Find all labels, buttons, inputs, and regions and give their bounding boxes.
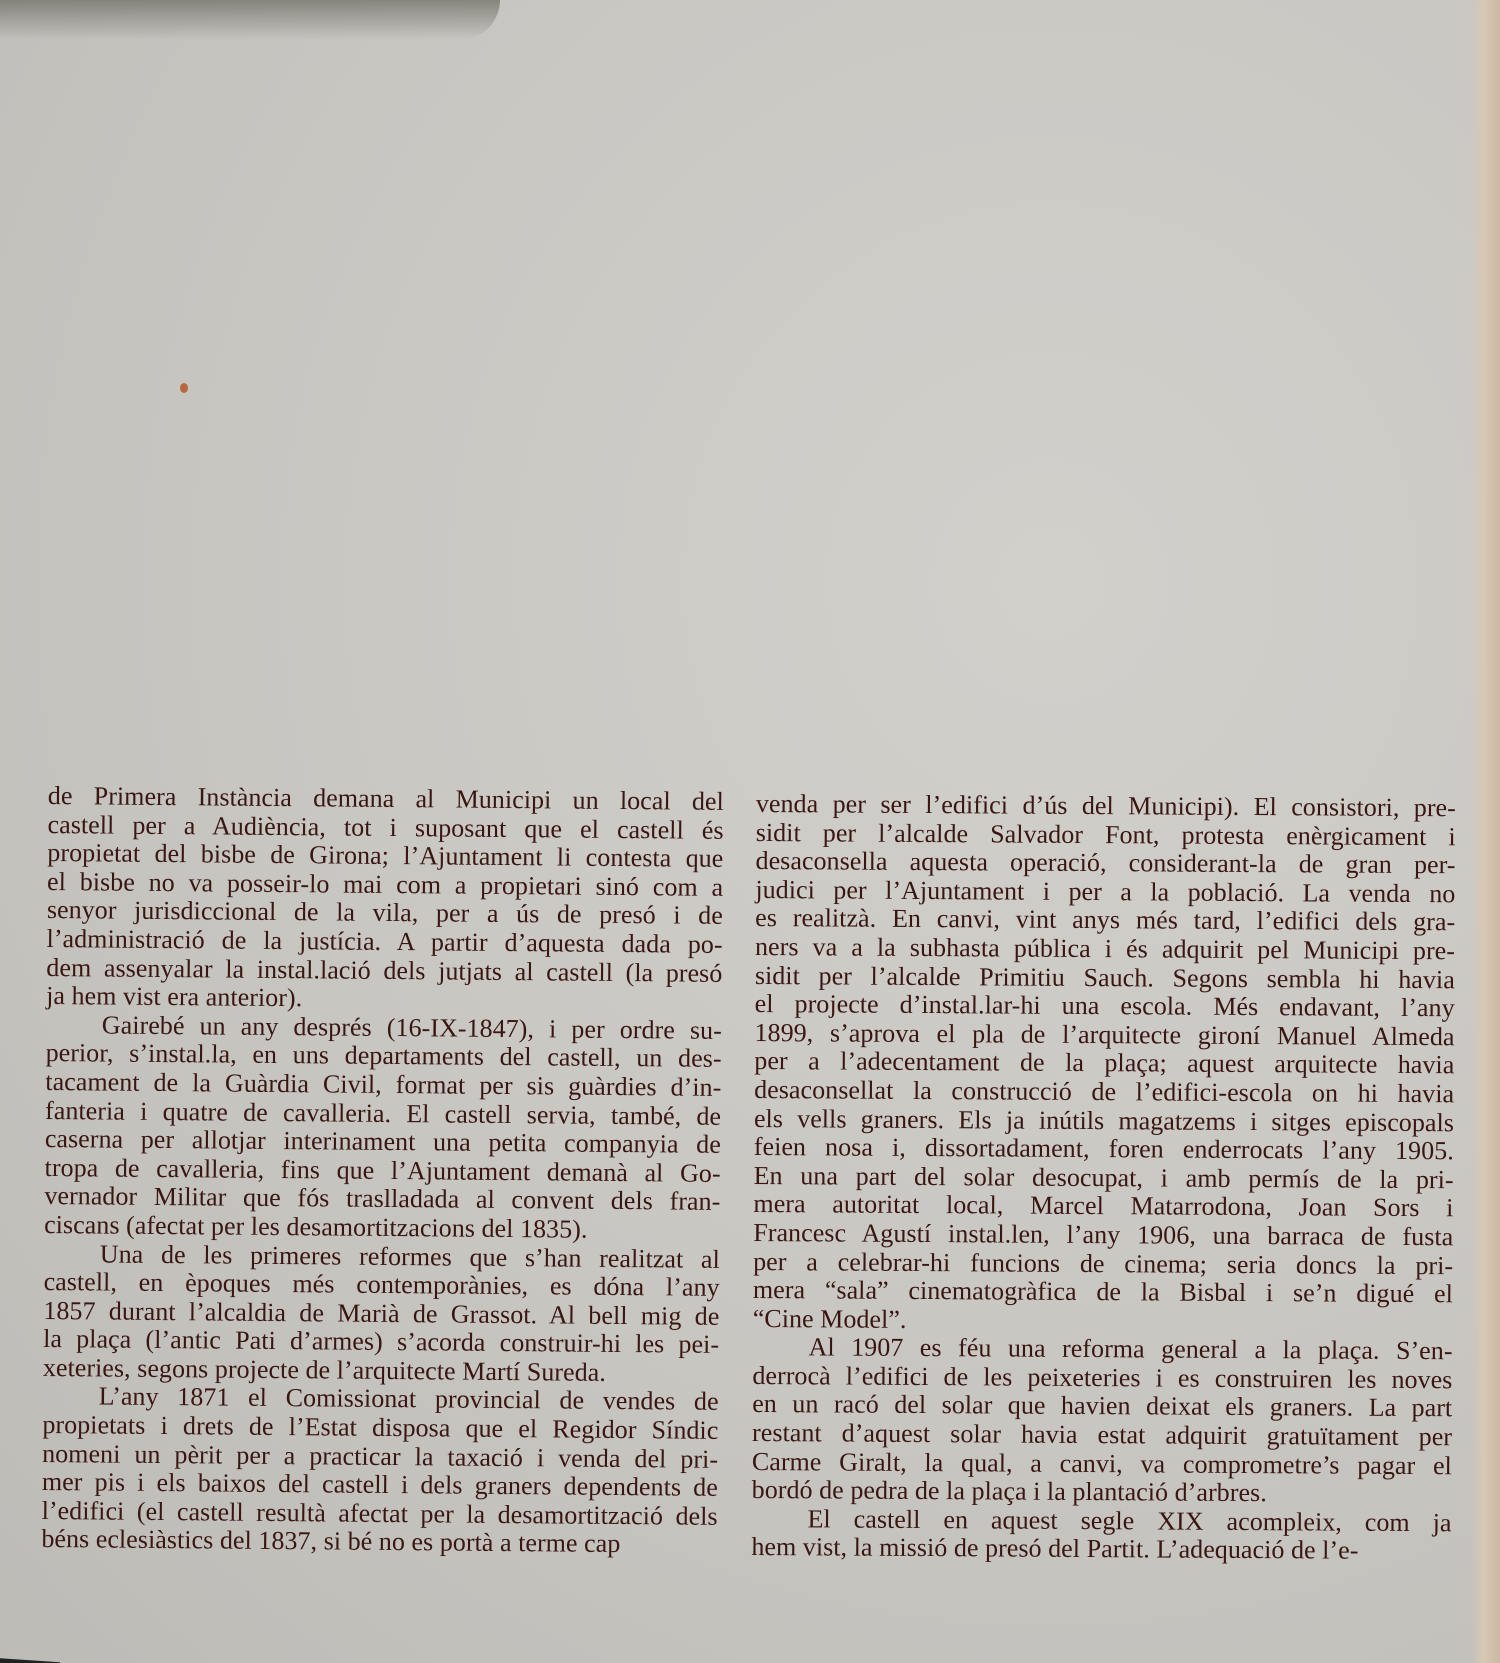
paragraph: Una de les primeres reformes que s’han r…: [43, 1239, 720, 1388]
page-corner-shadow: [0, 1655, 60, 1663]
paragraph: El castell en aquest segle XIX acompleix…: [751, 1505, 1451, 1566]
paper-stain: [180, 383, 188, 393]
paragraph: de Primera Instància demana al Municipi …: [46, 782, 724, 1017]
text-line: béns eclesiàstics del 1837, si bé no es …: [41, 1525, 717, 1559]
text-column-right: venda per ser l’edifici d’ús del Municip…: [751, 790, 1456, 1566]
paragraph: Al 1907 es féu una reforma general a la …: [752, 1333, 1453, 1509]
text-line: hem vist, la missió de presó del Partit.…: [751, 1533, 1451, 1566]
page-edge: [1472, 0, 1500, 1663]
paragraph: Gairebé un any després (16-IX-1847), i p…: [44, 1011, 722, 1246]
paragraph: venda per ser l’edifici d’ús del Municip…: [753, 790, 1456, 1338]
book-page: de Primera Instància demana al Municipi …: [0, 0, 1500, 1663]
page-shadow: [0, 0, 500, 40]
paragraph: L’any 1871 el Comissionat provincial de …: [41, 1382, 718, 1559]
text-column-left: de Primera Instància demana al Municipi …: [41, 782, 724, 1560]
